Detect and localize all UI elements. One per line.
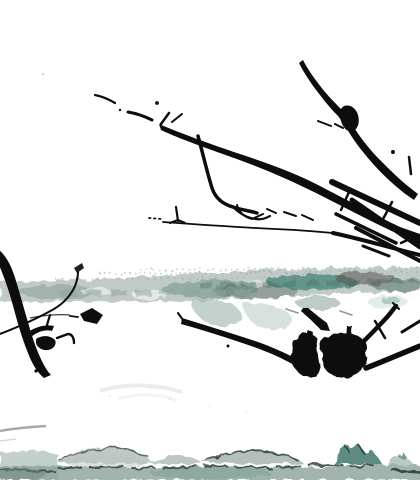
- arrowhead-blob: [80, 308, 103, 324]
- twig-dashes-mid: [267, 209, 313, 220]
- faint-marks: [0, 73, 247, 441]
- horizon-wash-band: [0, 267, 420, 329]
- mid-band-tail-3: [296, 296, 340, 310]
- branch-topright: [299, 60, 418, 200]
- artwork-canvas: [0, 0, 420, 480]
- faint-speck-5: [245, 411, 247, 413]
- blob-right: [321, 333, 368, 377]
- curve-hook-flag: [74, 263, 84, 273]
- twig-tee: [170, 207, 185, 223]
- faint-speck-2: [149, 387, 151, 389]
- branch-left-twig: [28, 325, 54, 337]
- branch-lower-mid-tip: [178, 313, 183, 320]
- faint-stroke-upper-2: [0, 439, 16, 441]
- ink-branches: [0, 60, 420, 378]
- branch-lower-mid-dot: [227, 345, 230, 348]
- shore-peaks-teal: [333, 443, 382, 464]
- arrowhead-dash: [70, 316, 78, 317]
- branch-left-dot: [34, 369, 37, 372]
- mid-band-tail-1: [192, 299, 240, 326]
- line-horizontal: [163, 222, 333, 233]
- faint-wisp-1: [100, 385, 182, 392]
- twig-dot-a: [119, 109, 121, 111]
- shore-right-mound: [385, 457, 415, 466]
- twig-dash-b: [128, 112, 152, 120]
- shoreline-wash-band: [0, 443, 420, 480]
- shore-right-tip: [398, 451, 407, 458]
- shore-hill-2: [150, 455, 203, 464]
- dot-right: [391, 150, 395, 154]
- teal-patch-right-inner: [382, 297, 400, 305]
- knot-dashes: [318, 121, 343, 128]
- faint-speck-4: [209, 405, 211, 407]
- blob-left: [291, 334, 320, 377]
- twig-dash-a: [95, 95, 115, 103]
- faint-speck-3: [169, 398, 171, 400]
- blob-spike-1: [346, 326, 352, 340]
- radiate-right: [366, 346, 420, 368]
- line-dots: [149, 218, 162, 219]
- radiate-right-2: [402, 321, 420, 332]
- dash-vertical-right: [409, 157, 411, 174]
- ink-blob-cluster: [291, 326, 368, 378]
- twig-dot-b: [155, 101, 159, 105]
- mid-band-tail-2: [243, 303, 291, 330]
- faint-speck-1: [109, 395, 111, 397]
- faint-wisp-2: [118, 395, 176, 400]
- arrow-stroke: [301, 308, 330, 331]
- branch-left-hook: [57, 334, 74, 343]
- branch-left-blob: [36, 336, 56, 350]
- branch-left-twig-spur: [47, 315, 50, 325]
- branch-left: [0, 249, 51, 378]
- faint-dot-topleft: [42, 73, 45, 76]
- branch-main-fork-1: [161, 113, 169, 124]
- faint-stroke-upper: [0, 426, 46, 431]
- shore-teal-mid-patch: [150, 467, 270, 479]
- branch-main-fork-2: [172, 114, 182, 122]
- ink-wash-painting: [0, 0, 420, 480]
